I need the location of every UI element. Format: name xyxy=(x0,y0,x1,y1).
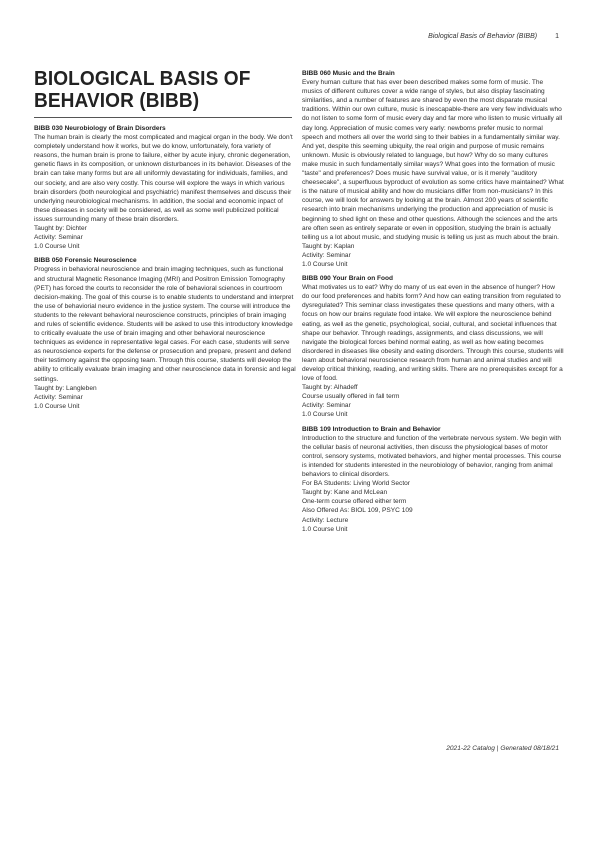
course-units: 1.0 Course Unit xyxy=(302,525,564,534)
course-entry-bibb-030: BIBB 030 Neurobiology of Brain Disorders… xyxy=(34,124,296,251)
page-footer: 2021-22 Catalog | Generated 08/18/21 xyxy=(446,745,559,752)
course-units: 1.0 Course Unit xyxy=(302,410,564,419)
course-units: 1.0 Course Unit xyxy=(302,260,564,269)
course-units: 1.0 Course Unit xyxy=(34,242,296,251)
course-cross-listing: Also Offered As: BIOL 109, PSYC 109 xyxy=(302,506,564,515)
course-title: BIBB 090 Your Brain on Food xyxy=(302,274,564,283)
course-activity: Activity: Seminar xyxy=(34,393,296,402)
course-term: One-term course offered either term xyxy=(302,497,564,506)
course-term: Course usually offered in fall term xyxy=(302,392,564,401)
course-entry-bibb-109: BIBB 109 Introduction to Brain and Behav… xyxy=(302,425,564,534)
course-units: 1.0 Course Unit xyxy=(34,402,296,411)
course-activity: Activity: Seminar xyxy=(302,251,564,260)
course-entry-bibb-050: BIBB 050 Forensic Neuroscience Progress … xyxy=(34,256,296,411)
course-sector: For BA Students: Living World Sector xyxy=(302,479,564,488)
running-title: Biological Basis of Behavior (BIBB) xyxy=(428,33,537,40)
page-title-line-1: BIOLOGICAL BASIS OF xyxy=(34,67,250,90)
course-description: Introduction to the structure and functi… xyxy=(302,434,564,479)
course-description: What motivates us to eat? Why do many of… xyxy=(302,283,564,383)
course-activity: Activity: Lecture xyxy=(302,516,564,525)
course-description: Every human culture that has ever been d… xyxy=(302,78,564,242)
course-entry-bibb-060: BIBB 060 Music and the Brain Every human… xyxy=(302,69,564,269)
course-title: BIBB 030 Neurobiology of Brain Disorders xyxy=(34,124,296,133)
course-instructor: Taught by: Kane and McLean xyxy=(302,488,564,497)
page-number: 1 xyxy=(555,33,559,40)
course-instructor: Taught by: Kaplan xyxy=(302,242,564,251)
course-activity: Activity: Seminar xyxy=(302,401,564,410)
course-title: BIBB 109 Introduction to Brain and Behav… xyxy=(302,425,564,434)
page-title: BIOLOGICAL BASIS OF BEHAVIOR (BIBB) xyxy=(34,68,278,112)
page-title-line-2: BEHAVIOR (BIBB) xyxy=(34,89,199,112)
right-column: BIBB 060 Music and the Brain Every human… xyxy=(302,69,564,539)
left-column: BIOLOGICAL BASIS OF BEHAVIOR (BIBB) BIBB… xyxy=(34,68,296,416)
title-divider xyxy=(34,117,292,118)
course-instructor: Taught by: Dichter xyxy=(34,224,296,233)
course-entry-bibb-090: BIBB 090 Your Brain on Food What motivat… xyxy=(302,274,564,420)
course-description: Progress in behavioral neuroscience and … xyxy=(34,265,296,383)
running-header: Biological Basis of Behavior (BIBB) 1 xyxy=(428,33,559,40)
course-activity: Activity: Seminar xyxy=(34,233,296,242)
course-title: BIBB 060 Music and the Brain xyxy=(302,69,564,78)
course-instructor: Taught by: Langleben xyxy=(34,384,296,393)
course-title: BIBB 050 Forensic Neuroscience xyxy=(34,256,296,265)
course-instructor: Taught by: Alhadeff xyxy=(302,383,564,392)
course-description: The human brain is clearly the most comp… xyxy=(34,133,296,224)
